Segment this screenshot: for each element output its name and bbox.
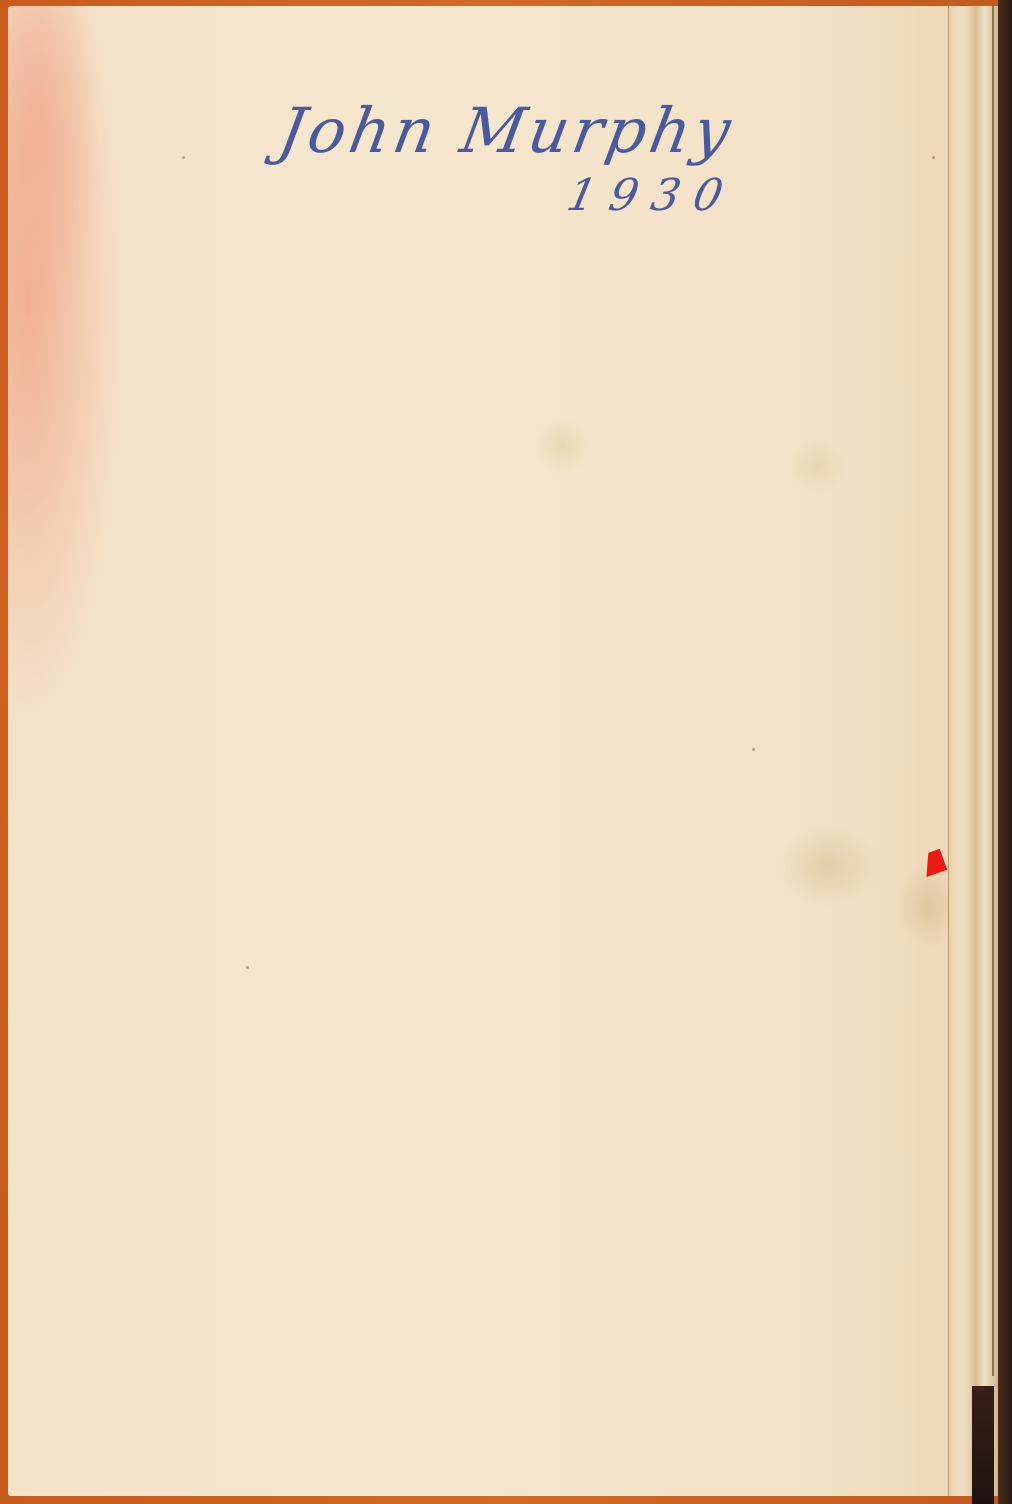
paper-speck (932, 156, 935, 159)
paper-speck (182, 156, 185, 159)
paper-speck (246, 966, 249, 969)
inscription-name: John Murphy (275, 100, 742, 162)
spine-edge (998, 0, 1012, 1504)
inscription-year: 1930 (563, 170, 742, 221)
endpaper-page (8, 6, 970, 1496)
handwritten-inscription: John Murphy 1930 (280, 100, 736, 221)
paper-speck (752, 748, 755, 751)
gutter-crease (992, 6, 994, 1376)
spine-gap (972, 1386, 994, 1504)
